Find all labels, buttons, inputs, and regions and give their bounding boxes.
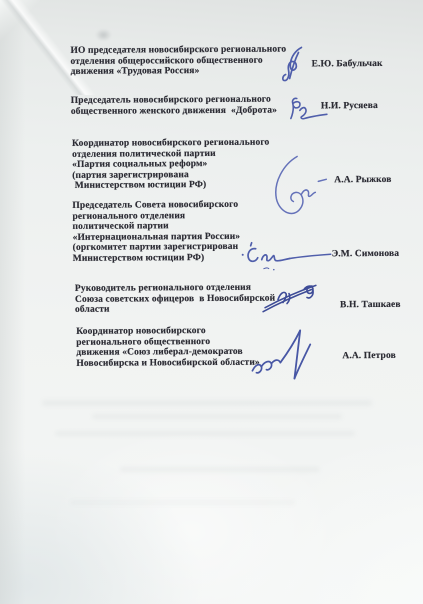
org-line: движения «Трудовая Россия» (71, 66, 287, 78)
signatory-entry: Координатор новосибирского регионального… (76, 326, 260, 369)
signatory-name: Н.И. Русяева (321, 101, 378, 111)
signatory-entry: Руководитель регионального отделения Сою… (75, 283, 275, 316)
org-line: Министерством юстиции РФ) (73, 253, 241, 265)
signature-ryzhkov (269, 150, 327, 222)
org-line: общественного женского движения «Доброта… (71, 105, 277, 117)
signature-simonova (240, 240, 334, 273)
scanned-document-page: ИО председателя новосибирского региональ… (0, 0, 423, 604)
org-line: Координатор новосибирского регионального (72, 138, 269, 150)
org-line: Председатель Совета новосибирского (72, 200, 240, 212)
org-line: движения «Союз либерал-демократов (76, 347, 259, 359)
org-line: Новосибирска и Новосибирской области» (76, 357, 259, 369)
org-line: Председатель новосибирского региональног… (71, 95, 277, 107)
signatory-name: В.Н. Ташкаев (340, 300, 401, 310)
org-line: Союза советских офицеров в Новосибирской (75, 293, 275, 305)
signatory-name: Е.Ю. Бабульчак (312, 59, 383, 69)
signatory-entry: Председатель Совета новосибирского регио… (72, 200, 240, 265)
signatory-name: А.А. Петров (342, 351, 396, 361)
org-line: Министерством юстиции РФ) (72, 180, 269, 192)
org-line: (оргкомитет партии зарегистрирован (73, 242, 241, 254)
signatory-entry: Председатель новосибирского региональног… (71, 95, 277, 117)
signature-tashkaev (262, 279, 324, 317)
signatory-entry: Координатор новосибирского регионального… (72, 138, 270, 192)
signature-babulchak (279, 44, 305, 84)
org-line: Руководитель регионального отделения (75, 283, 275, 295)
signatory-name: А.А. Рыжков (334, 175, 391, 185)
signatory-entry: ИО председателя новосибирского региональ… (70, 45, 286, 78)
signature-petrov (248, 324, 314, 384)
document-content: ИО председателя новосибирского региональ… (0, 0, 423, 604)
signatory-name: Э.М. Симонова (332, 249, 399, 259)
org-line: ИО председателя новосибирского региональ… (70, 45, 286, 57)
org-line: области (75, 304, 275, 316)
